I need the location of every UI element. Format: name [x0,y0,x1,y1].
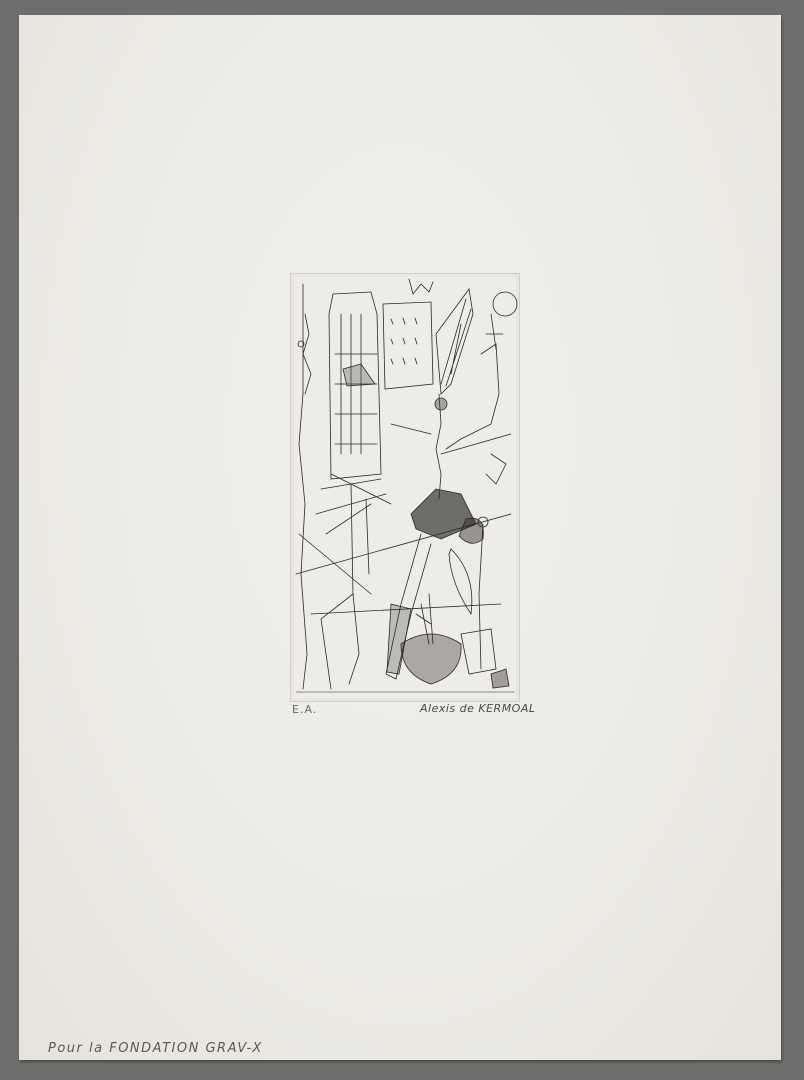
paper-sheet [19,15,781,1060]
artist-signature: Alexis de KERMOAL [420,702,536,715]
dedication-text: Pour la FONDATION GRAV-X [48,1041,263,1056]
etching-plate [290,273,520,702]
edition-mark: E.A. [292,703,317,716]
etching-image [291,274,519,701]
